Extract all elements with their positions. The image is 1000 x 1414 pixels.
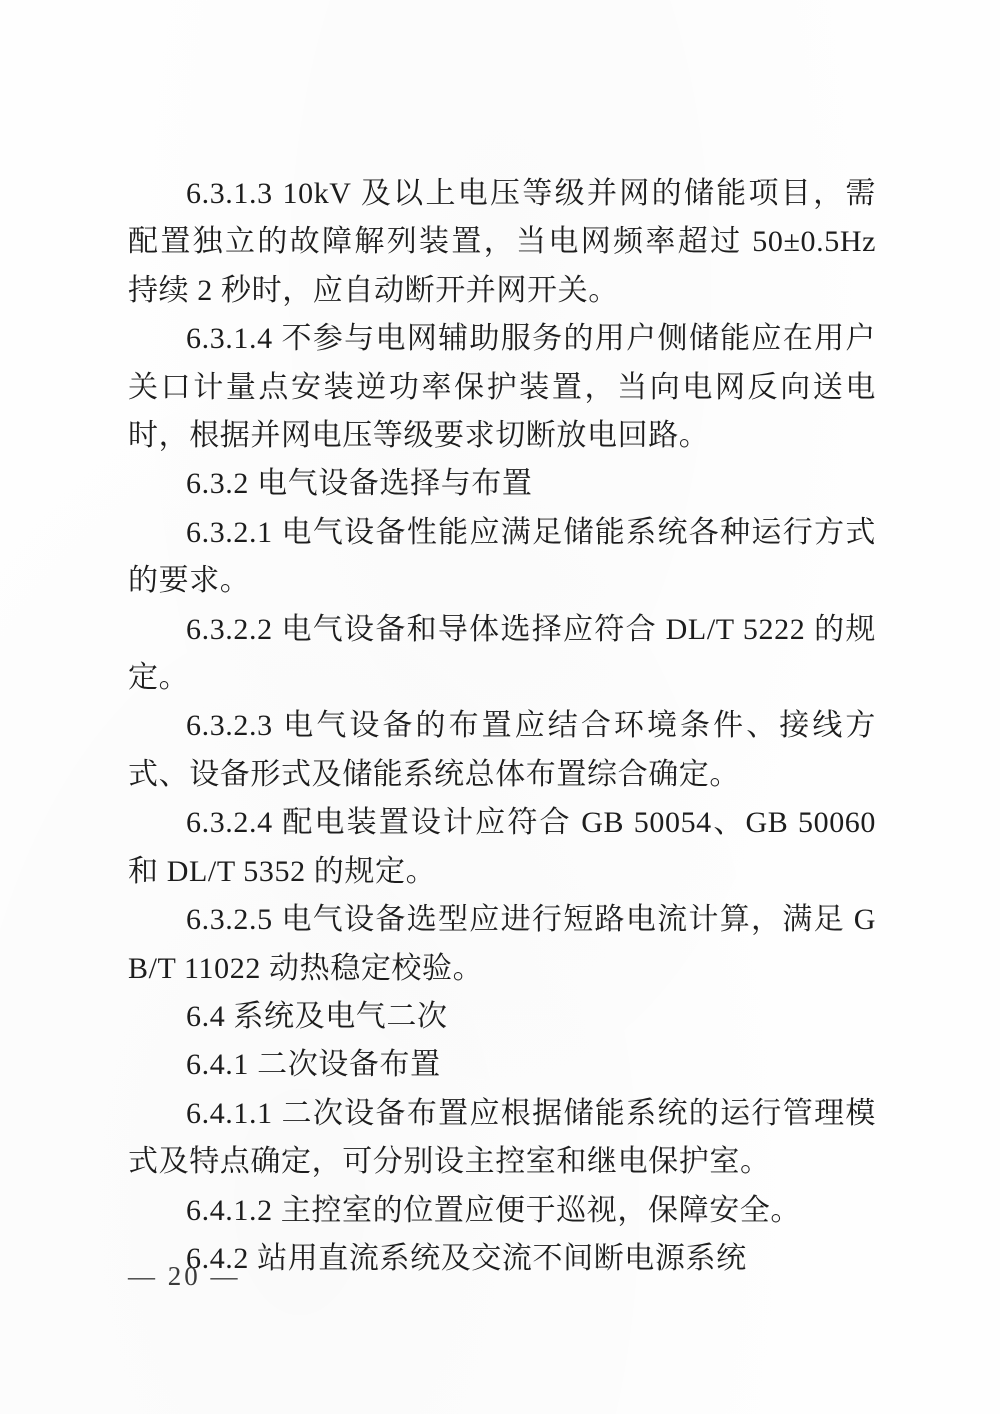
paragraph-6-3-2-2: 6.3.2.2 电气设备和导体选择应符合 DL/T 5222 的规定。 [128,606,876,703]
paragraph-6-3-2-4: 6.3.2.4 配电装置设计应符合 GB 50054、GB 50060 和 DL… [128,799,876,896]
document-page: 6.3.1.3 10kV 及以上电压等级并网的储能项目，需配置独立的故障解列装置… [0,0,1000,1414]
paragraph-6-3-2-1: 6.3.2.1 电气设备性能应满足储能系统各种运行方式的要求。 [128,509,876,606]
paragraph-6-4-1-1: 6.4.1.1 二次设备布置应根据储能系统的运行管理模式及特点确定，可分别设主控… [128,1090,876,1187]
heading-6-3-2: 6.3.2 电气设备选择与布置 [128,460,876,508]
paragraph-6-3-2-5: 6.3.2.5 电气设备选型应进行短路电流计算，满足 GB/T 11022 动热… [128,896,876,993]
heading-6-4: 6.4 系统及电气二次 [128,993,876,1041]
paragraph-6-3-2-3: 6.3.2.3 电气设备的布置应结合环境条件、接线方式、设备形式及储能系统总体布… [128,702,876,799]
paragraph-6-4-1-2: 6.4.1.2 主控室的位置应便于巡视，保障安全。 [128,1187,876,1235]
page-number: — 20 — [128,1258,241,1294]
document-body: 6.3.1.3 10kV 及以上电压等级并网的储能项目，需配置独立的故障解列装置… [128,170,876,1283]
paragraph-6-3-1-3: 6.3.1.3 10kV 及以上电压等级并网的储能项目，需配置独立的故障解列装置… [128,170,876,315]
paragraph-6-3-1-4: 6.3.1.4 不参与电网辅助服务的用户侧储能应在用户关口计量点安装逆功率保护装… [128,315,876,460]
heading-6-4-1: 6.4.1 二次设备布置 [128,1041,876,1089]
